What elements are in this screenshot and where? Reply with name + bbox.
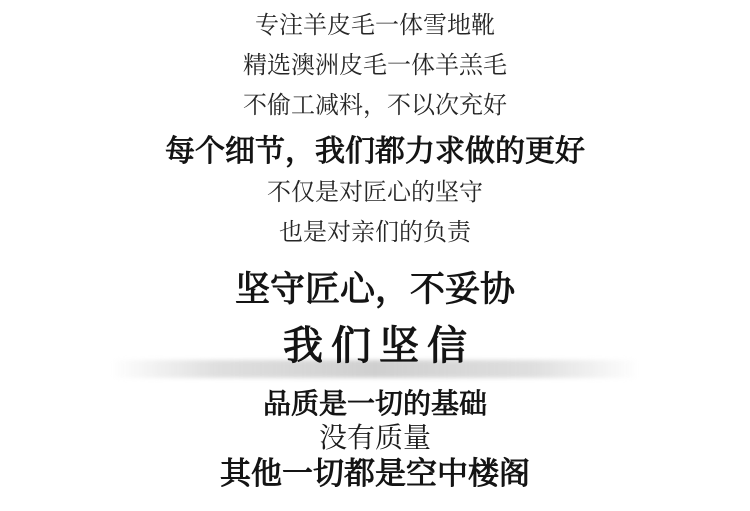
slogan-headline-craftsmanship: 坚守匠心，不妥协 xyxy=(0,273,750,308)
slogan-line-no-quality: 没有质量 xyxy=(0,424,750,452)
slogan-headline-we-believe: 我们坚信 xyxy=(0,326,750,366)
slogan-line-5: 不仅是对匠心的坚守 xyxy=(0,180,750,204)
slogan-line-6: 也是对亲们的负责 xyxy=(0,220,750,244)
slogan-line-2: 精选澳洲皮毛一体羊羔毛 xyxy=(0,53,750,77)
slogan-headline-details: 每个细节，我们都力求做的更好 xyxy=(0,137,750,167)
slogan-line-quality-foundation: 品质是一切的基础 xyxy=(0,390,750,418)
slogan-line-1: 专注羊皮毛一体雪地靴 xyxy=(0,13,750,37)
slogan-line-3: 不偷工减料，不以次充好 xyxy=(0,93,750,117)
slogan-line-castles-in-air: 其他一切都是空中楼阁 xyxy=(0,459,750,490)
